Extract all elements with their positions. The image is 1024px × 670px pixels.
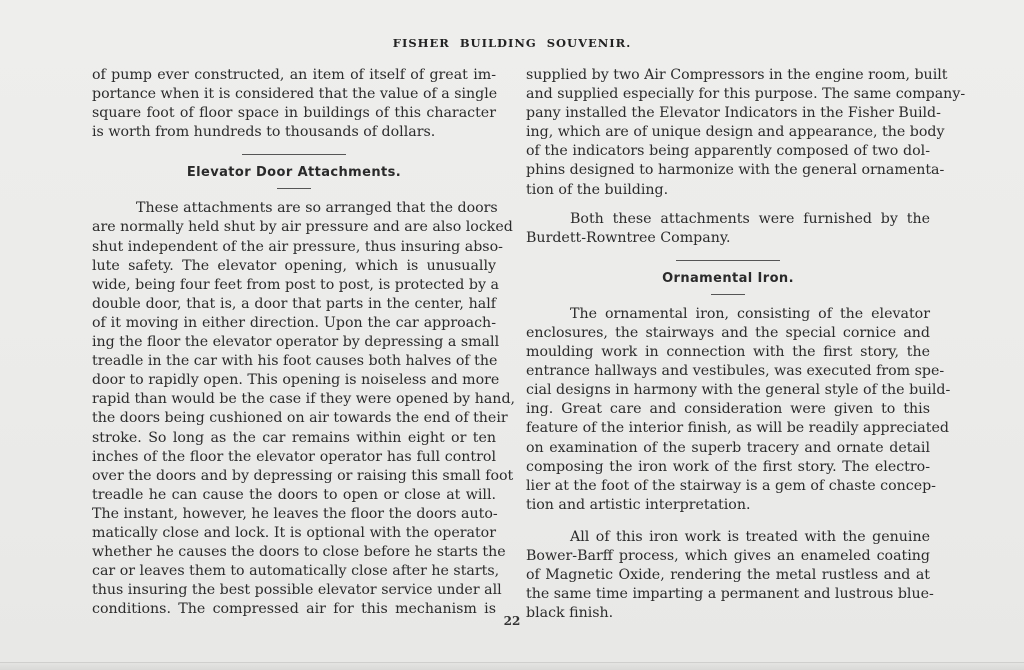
text-line: phins designed to harmonize with the gen…: [526, 161, 930, 180]
text-line: door to rapidly open. This opening is no…: [92, 371, 496, 390]
left-column: of pump ever constructed, an item of its…: [92, 66, 496, 619]
compressor-paragraph: supplied by two Air Compressors in the e…: [526, 66, 930, 200]
text-line: double door, that is, a door that parts …: [92, 295, 496, 314]
text-line: of it moving in either direction. Upon t…: [92, 314, 496, 333]
text-line: Burdett-Rowntree Company.: [526, 229, 930, 248]
running-head: FISHER BUILDING SOUVENIR.: [0, 36, 1024, 50]
document-page: FISHER BUILDING SOUVENIR. of pump ever c…: [0, 0, 1024, 670]
text-line: treadle in the car with his foot causes …: [92, 352, 496, 371]
text-line: over the doors and by depressing or rais…: [92, 467, 496, 486]
text-line: ing the floor the elevator operator by d…: [92, 333, 496, 352]
bower-barff-paragraph: All of this iron work is treated with th…: [526, 528, 930, 623]
text-line: rapid than would be the case if they wer…: [92, 390, 496, 409]
elevator-door-paragraph: These attachments are so arranged that t…: [92, 199, 496, 619]
page-number: 22: [0, 614, 1024, 628]
text-line: tion of the building.: [526, 181, 930, 200]
text-line: The ornamental iron, consisting of the e…: [526, 305, 930, 324]
text-line: portance when it is considered that the …: [92, 85, 496, 104]
ornamental-iron-paragraph: The ornamental iron, consisting of the e…: [526, 305, 930, 515]
text-line: are normally held shut by air pressure a…: [92, 218, 496, 237]
text-line: lier at the foot of the stairway is a ge…: [526, 477, 930, 496]
text-line: of Magnetic Oxide, rendering the metal r…: [526, 566, 930, 585]
section-heading-ornamental-iron: Ornamental Iron.: [526, 269, 930, 288]
text-line: shut independent of the air pressure, th…: [92, 238, 496, 257]
text-line: These attachments are so arranged that t…: [92, 199, 496, 218]
text-line: cial designs in harmony with the general…: [526, 381, 930, 400]
text-line: car or leaves them to automatically clos…: [92, 562, 496, 581]
text-line: Both these attachments were furnished by…: [526, 210, 930, 229]
section-heading-elevator-door: Elevator Door Attachments.: [92, 163, 496, 182]
text-line: lute safety. The elevator opening, which…: [92, 257, 496, 276]
text-line: feature of the interior finish, as will …: [526, 419, 930, 438]
text-line: and supplied especially for this purpose…: [526, 85, 930, 104]
text-line: enclosures, the stairways and the specia…: [526, 324, 930, 343]
text-line: thus insuring the best possible elevator…: [92, 581, 496, 600]
text-line: All of this iron work is treated with th…: [526, 528, 930, 547]
text-line: inches of the floor the elevator operato…: [92, 448, 496, 467]
text-line: matically close and lock. It is optional…: [92, 524, 496, 543]
text-line: of pump ever constructed, an item of its…: [92, 66, 496, 85]
text-line: Bower-Barff process, which gives an enam…: [526, 547, 930, 566]
text-line: pany installed the Elevator Indicators i…: [526, 104, 930, 123]
text-line: moulding work in connection with the fir…: [526, 343, 930, 362]
text-line: ing. Great care and consideration were g…: [526, 400, 930, 419]
text-line: composing the iron work of the first sto…: [526, 458, 930, 477]
text-line: entrance hallways and vestibules, was ex…: [526, 362, 930, 381]
text-line: stroke. So long as the car remains withi…: [92, 429, 496, 448]
text-line: the doors being cushioned on air towards…: [92, 409, 496, 428]
text-line: wide, being four feet from post to post,…: [92, 276, 496, 295]
intro-paragraph: of pump ever constructed, an item of its…: [92, 66, 496, 142]
right-column: supplied by two Air Compressors in the e…: [526, 66, 930, 623]
text-line: square foot of floor space in buildings …: [92, 104, 496, 123]
text-line: whether he causes the doors to close bef…: [92, 543, 496, 562]
text-line: treadle he can cause the doors to open o…: [92, 486, 496, 505]
text-line: of the indicators being apparently compo…: [526, 142, 930, 161]
text-line: supplied by two Air Compressors in the e…: [526, 66, 930, 85]
text-line: on examination of the superb tracery and…: [526, 439, 930, 458]
text-line: ing, which are of unique design and appe…: [526, 123, 930, 142]
text-line: the same time imparting a permanent and …: [526, 585, 930, 604]
text-line: is worth from hundreds to thousands of d…: [92, 123, 496, 142]
page-bottom-edge: [0, 662, 1024, 670]
text-line: tion and artistic interpretation.: [526, 496, 930, 515]
credit-paragraph: Both these attachments were furnished by…: [526, 210, 930, 248]
text-line: The instant, however, he leaves the floo…: [92, 505, 496, 524]
